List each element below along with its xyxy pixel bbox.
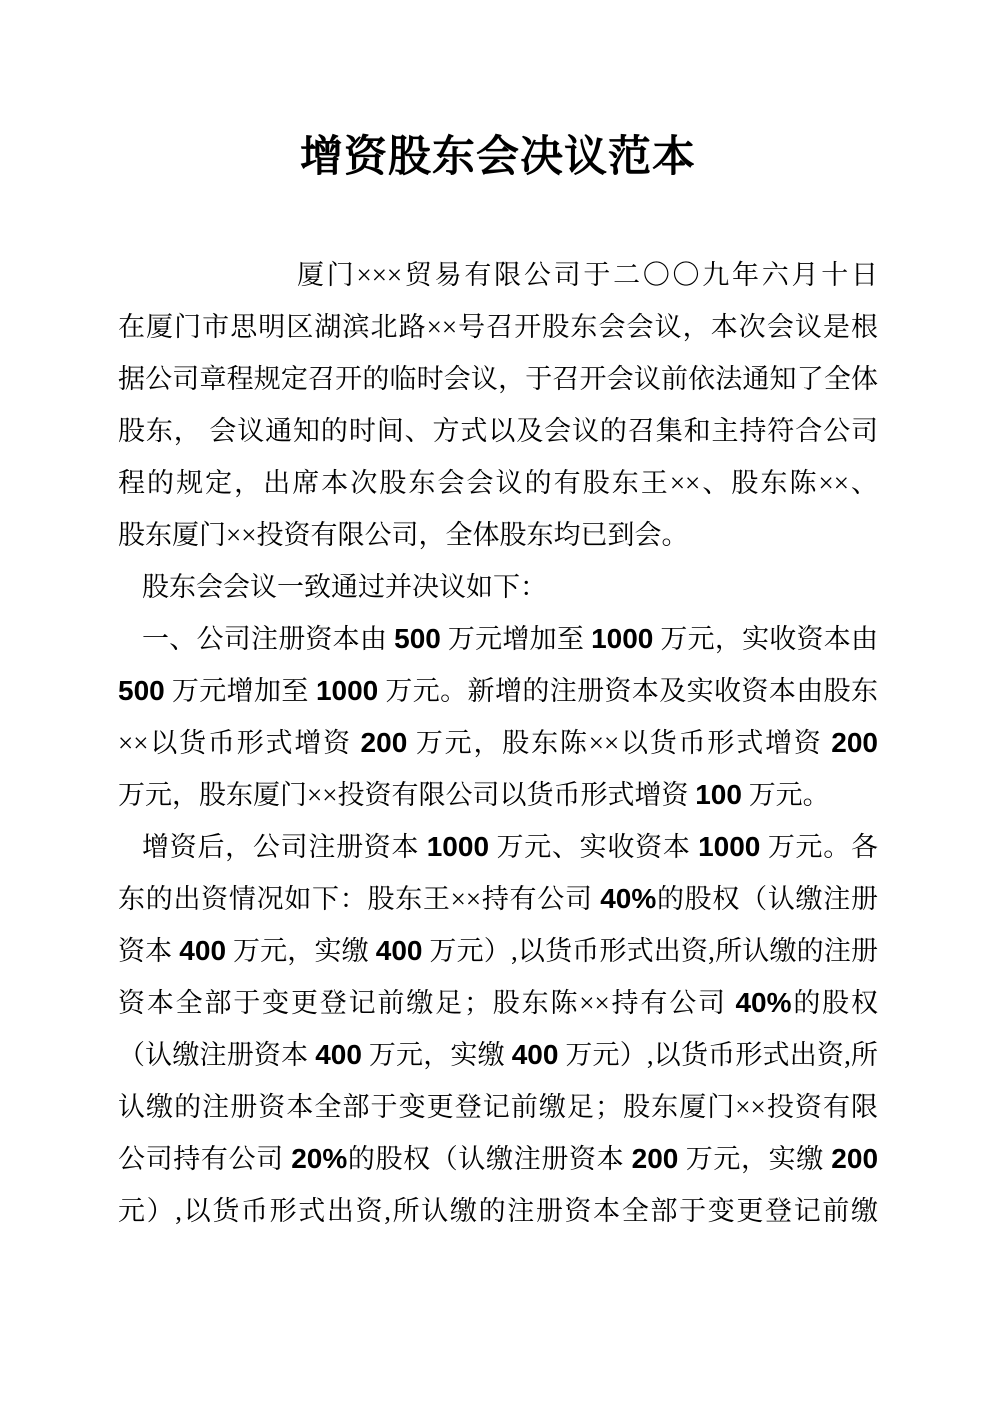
doc-line: 增资后，公司注册资本 1000 万元、实收资本 1000 万元。各股 (118, 821, 878, 873)
doc-line: （认缴注册资本 400 万元，实缴 400 万元）,以货币形式出资,所 (118, 1029, 878, 1081)
doc-line: 厦门×××贸易有限公司于二〇〇九年六月十日 (118, 249, 878, 301)
document-title: 增资股东会决议范本 (118, 123, 878, 193)
doc-line: 程的规定，出席本次股东会会议的有股东王××、股东陈××、 (118, 457, 878, 509)
doc-line: 股东会会议一致通过并决议如下： (118, 561, 878, 613)
doc-line: 认缴的注册资本全部于变更登记前缴足；股东厦门××投资有限 (118, 1081, 878, 1133)
doc-line: 万元，股东厦门××投资有限公司以货币形式增资 100 万元。 (118, 769, 878, 821)
doc-line: 500 万元增加至 1000 万元。新增的注册资本及实收资本由股东王 (118, 665, 878, 717)
doc-line: 股东， 会议通知的时间、方式以及会议的召集和主持符合公司章 (118, 405, 878, 457)
doc-line: ××以货币形式增资 200 万元，股东陈××以货币形式增资 200 (118, 717, 878, 769)
doc-line: 公司持有公司 20%的股权（认缴注册资本 200 万元，实缴 200 万 (118, 1133, 878, 1185)
doc-line: 资本全部于变更登记前缴足；股东陈××持有公司 40%的股权 (118, 977, 878, 1029)
document-body: 厦门×××贸易有限公司于二〇〇九年六月十日 在厦门市思明区湖滨北路××号召开股东… (118, 249, 878, 1237)
doc-line: 元）,以货币形式出资,所认缴的注册资本全部于变更登记前缴足。 (118, 1185, 878, 1237)
doc-line: 据公司章程规定召开的临时会议，于召开会议前依法通知了全体 (118, 353, 878, 405)
document-page: 增资股东会决议范本 厦门×××贸易有限公司于二〇〇九年六月十日 在厦门市思明区湖… (0, 0, 993, 1404)
doc-line: 股东厦门××投资有限公司，全体股东均已到会。 (118, 509, 878, 561)
doc-line: 一、公司注册资本由 500 万元增加至 1000 万元，实收资本由 (118, 613, 878, 665)
doc-line: 在厦门市思明区湖滨北路××号召开股东会会议，本次会议是根 (118, 301, 878, 353)
doc-line: 资本 400 万元，实缴 400 万元）,以货币形式出资,所认缴的注册 (118, 925, 878, 977)
doc-line: 东的出资情况如下：股东王××持有公司 40%的股权（认缴注册 (118, 873, 878, 925)
